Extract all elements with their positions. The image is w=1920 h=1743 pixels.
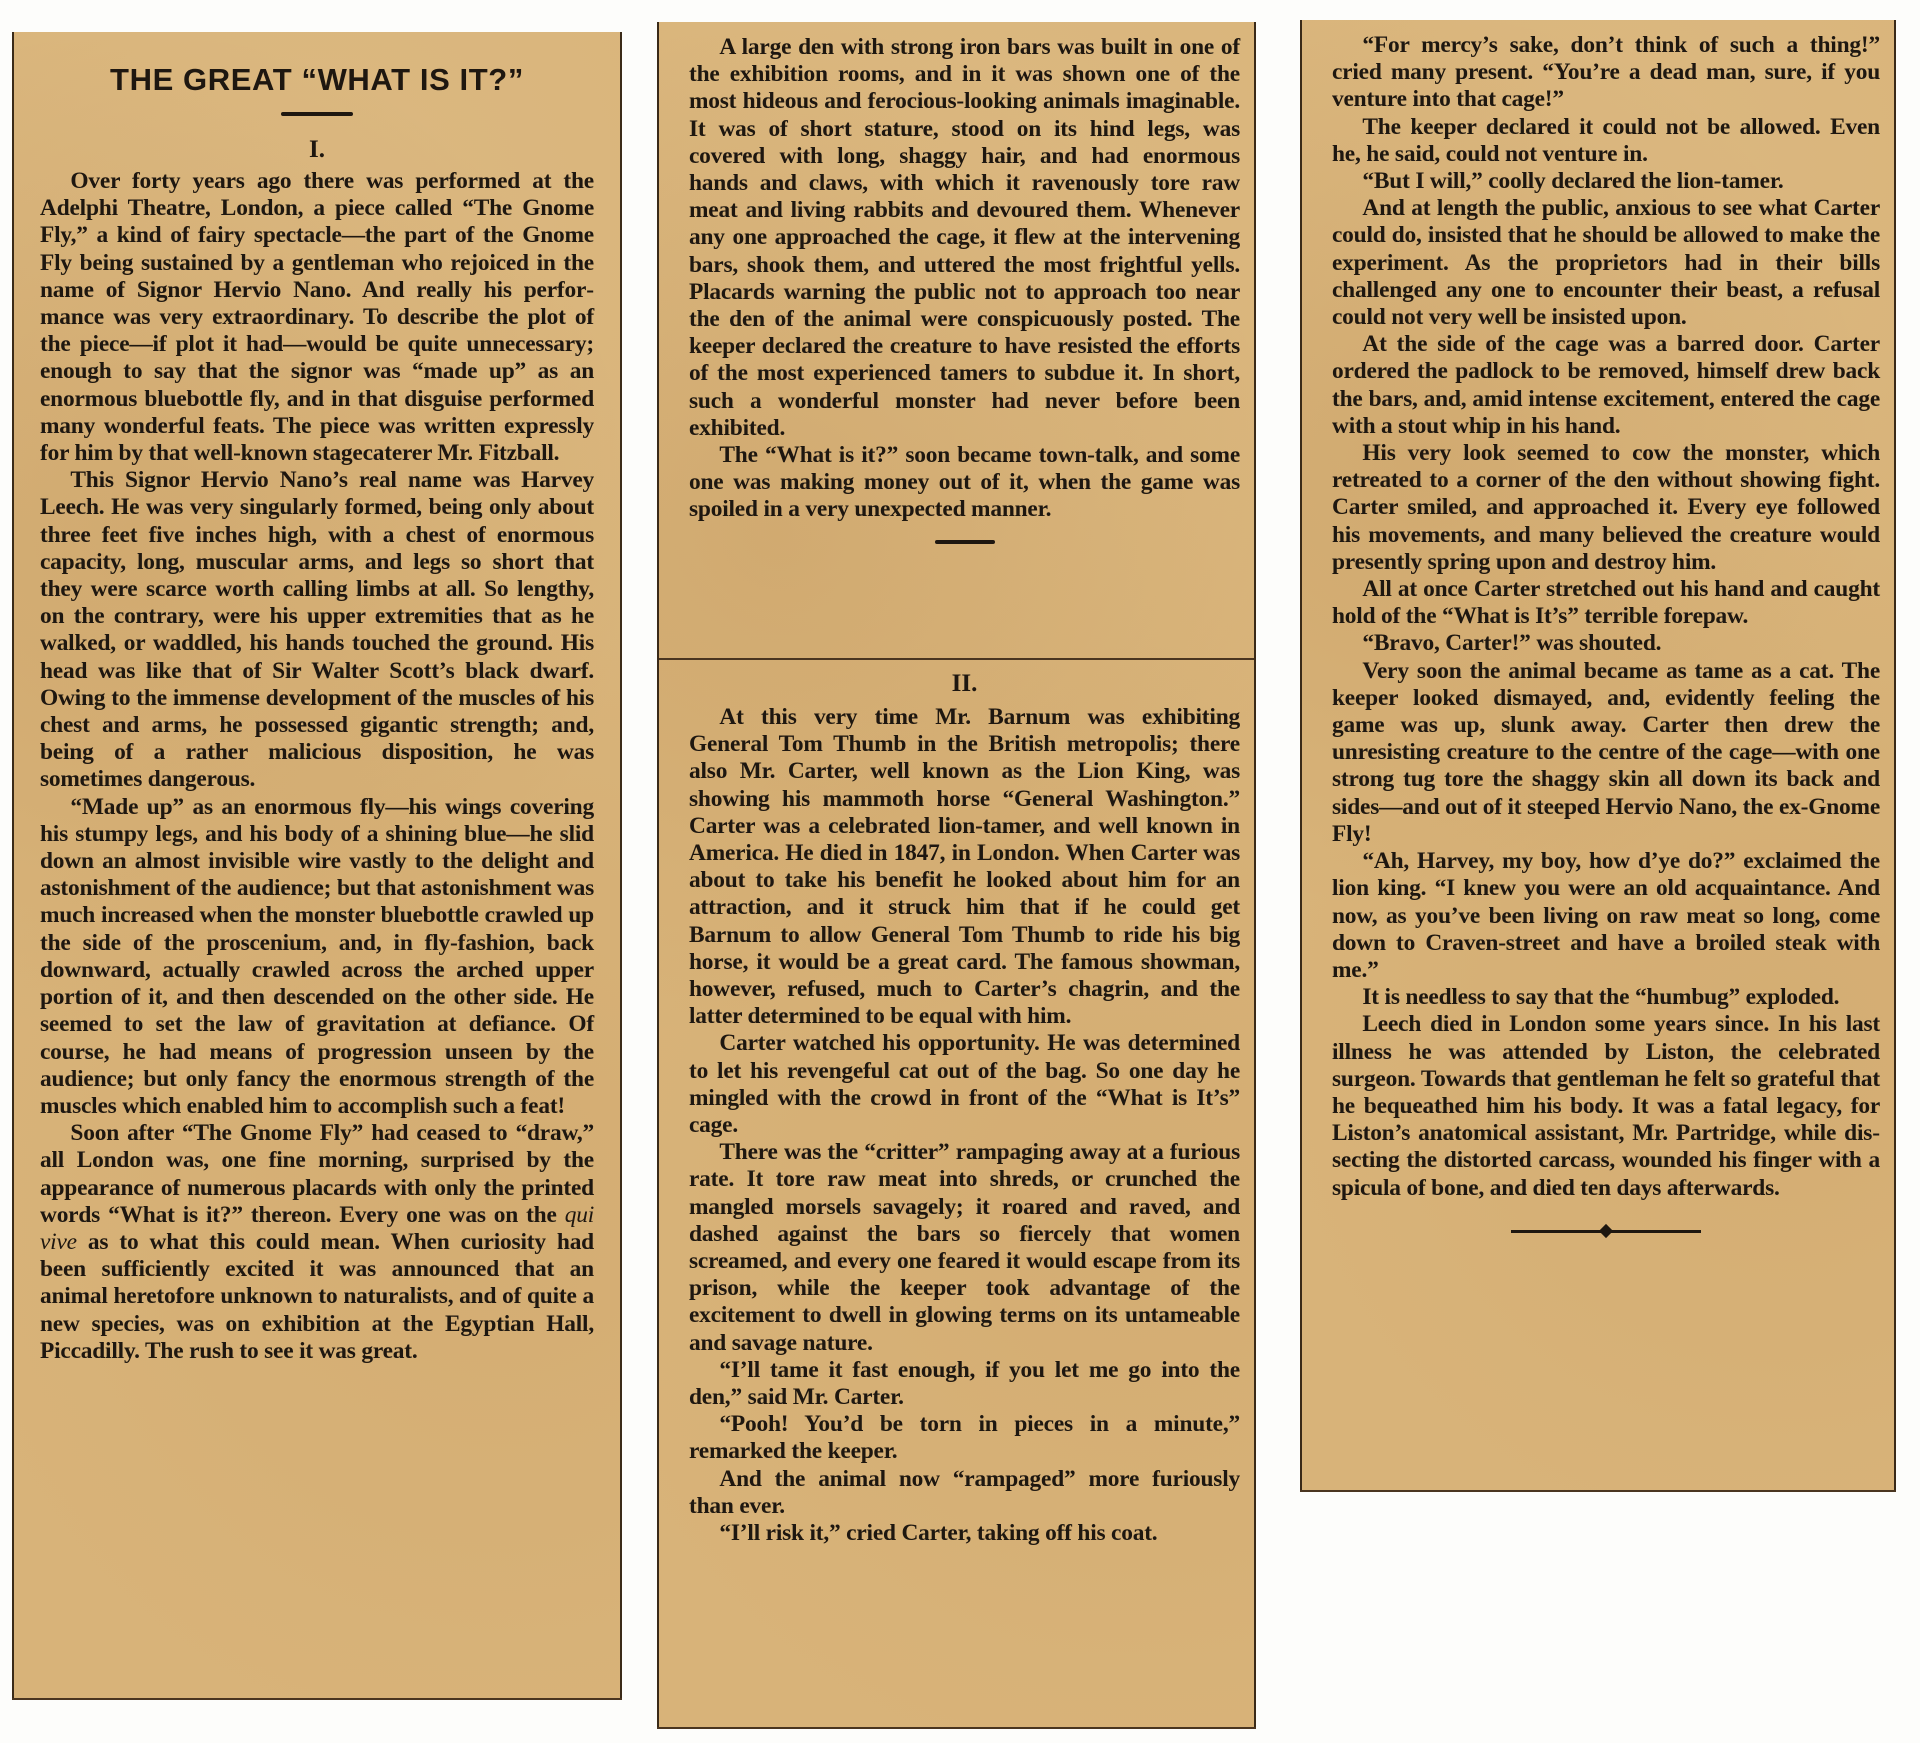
paragraph: A large den with strong iron bars was bu… (689, 34, 1240, 442)
paragraph: Leech died in London some years since. I… (1332, 1011, 1880, 1201)
paragraph: His very look seemed to cow the monster,… (1332, 440, 1880, 576)
paragraph: There was the “critter” rampaging away a… (689, 1139, 1240, 1357)
column-2-upper: A large den with strong iron bars was bu… (689, 22, 1240, 544)
ornament-diamond-icon (1599, 1224, 1613, 1238)
paragraph: “Ah, Harvey, my boy, how d’ye do?” excla… (1332, 848, 1880, 984)
paragraph: And at length the public, anxious to see… (1332, 195, 1880, 331)
clipping-column-3: “For mercy’s sake, don’t think of such a… (1300, 20, 1896, 1490)
section-number-1: I. (40, 136, 594, 164)
paragraph: Over forty years ago there was performed… (40, 168, 594, 467)
clipping-seam (659, 658, 1254, 660)
paragraph: The “What is it?” soon became town-talk,… (689, 442, 1240, 524)
paragraph-text: Soon after “The Gnome Fly” had ceased to… (40, 1120, 594, 1228)
paragraph: Very soon the animal became as tame as a… (1332, 658, 1880, 848)
paragraph: “For mercy’s sake, don’t think of such a… (1332, 32, 1880, 114)
article-title: THE GREAT “WHAT IS IT?” (40, 32, 594, 98)
paragraph: All at once Carter stretched out his han… (1332, 576, 1880, 630)
title-rule (281, 112, 353, 116)
paragraph-text: as to what this could mean. When curiosi… (40, 1229, 594, 1364)
paragraph: “But I will,” coolly declared the lion-t… (1332, 168, 1880, 195)
paragraph: Soon after “The Gnome Fly” had ceased to… (40, 1120, 594, 1365)
paragraph: It is needless to say that the “humbug” … (1332, 984, 1880, 1011)
paragraph: “Made up” as an enormous fly—his wings c… (40, 794, 594, 1120)
paragraph: Carter watched his opportunity. He was d… (689, 1030, 1240, 1139)
paragraph: This Signor Hervio Nano’s real name was … (40, 467, 594, 793)
section-rule (935, 540, 995, 544)
clipping-column-1: THE GREAT “WHAT IS IT?” I. Over forty ye… (12, 32, 622, 1698)
paragraph: “Bravo, Carter!” was shouted. (1332, 630, 1880, 657)
paragraph: “I’ll risk it,” cried Carter, taking off… (689, 1520, 1240, 1547)
paragraph: The keeper declared it could not be allo… (1332, 114, 1880, 168)
paragraph: “I’ll tame it fast enough, if you let me… (689, 1357, 1240, 1411)
paragraph: At this very time Mr. Barnum was exhibit… (689, 704, 1240, 1030)
paragraph: And the animal now “rampaged” more furio… (689, 1466, 1240, 1520)
section-number-2: II. (689, 670, 1240, 698)
clipping-column-2: A large den with strong iron bars was bu… (657, 22, 1256, 1727)
column-2-lower: II. At this very time Mr. Barnum was exh… (689, 670, 1240, 1547)
paragraph: “Pooh! You’d be torn in pieces in a minu… (689, 1411, 1240, 1465)
end-ornament (1511, 1226, 1701, 1236)
paragraph: At the side of the cage was a barred doo… (1332, 331, 1880, 440)
